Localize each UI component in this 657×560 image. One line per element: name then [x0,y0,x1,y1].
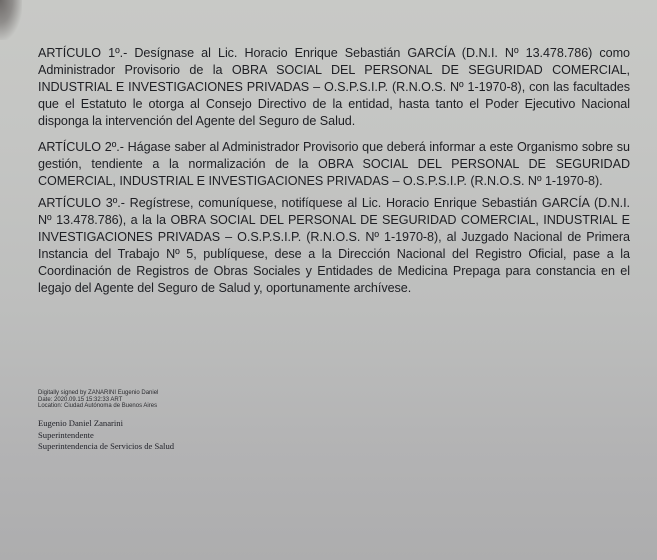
article-3: ARTÍCULO 3º.- Regístrese, comuníquese, n… [38,195,630,297]
article-2: ARTÍCULO 2º.- Hágase saber al Administra… [38,139,630,190]
signature-signed-by: Digitally signed by ZANARINI Eugenio Dan… [38,390,158,397]
article-1: ARTÍCULO 1º.- Desígnase al Lic. Horacio … [38,45,630,130]
signatory-name: Eugenio Daniel Zanarini [38,418,174,430]
digital-signature-stamp: Digitally signed by ZANARINI Eugenio Dan… [38,390,158,410]
signatory-title: Superintendente [38,430,174,442]
signatory-organization: Superintendencia de Servicios de Salud [38,441,174,453]
signatory-block: Eugenio Daniel Zanarini Superintendente … [38,418,174,453]
signature-location: Location: Ciudad Autónoma de Buenos Aire… [38,403,158,410]
photo-shadow [0,0,22,40]
